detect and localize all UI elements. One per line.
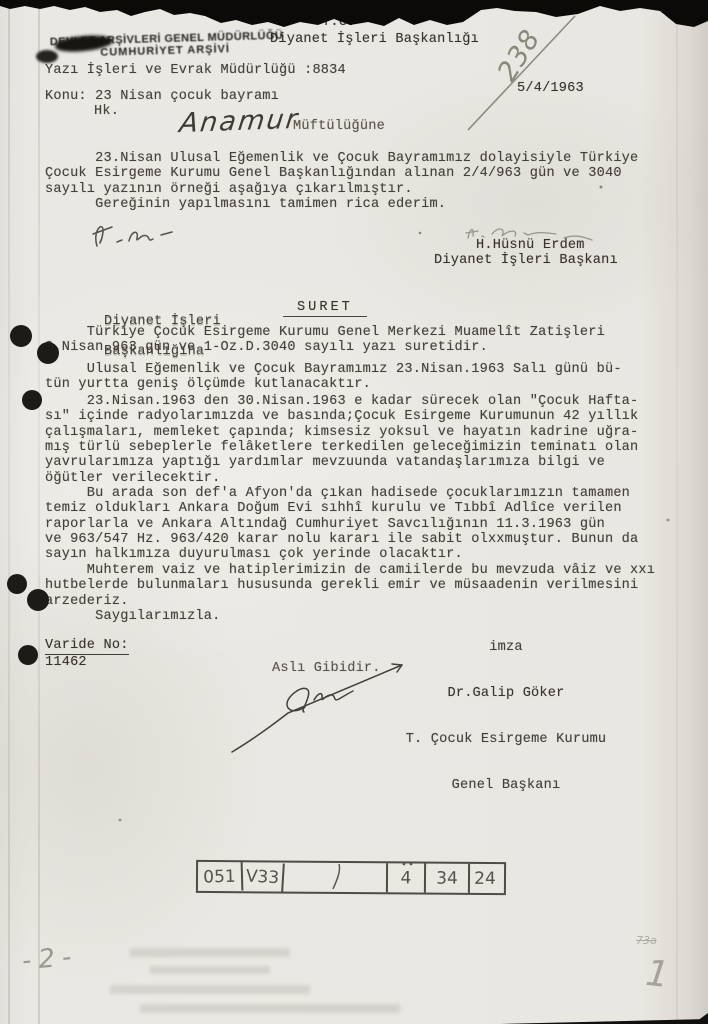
- bleed-through-text: [130, 948, 290, 957]
- page-number-pencil-left: -2-: [21, 942, 80, 977]
- pencil-note-small: 73a: [636, 934, 657, 947]
- stamp-box-cell-5: 34: [426, 864, 470, 893]
- signer-name: H.Hüsnü Erdem: [476, 238, 585, 253]
- suret-heading: SURET: [283, 300, 367, 315]
- addressee-typed: Müftülüğüne: [293, 119, 385, 134]
- copy-signer-title: Genel Başkanı: [375, 778, 637, 793]
- stamp-box-cell-3: [284, 863, 388, 893]
- paper-speck: [667, 519, 670, 522]
- salute-line: Saygılarımızla.: [45, 609, 221, 624]
- copy-paragraph-1: Türkiye Çocuk Esirgeme Kurumu Genel Merk…: [45, 325, 605, 356]
- punch-hole: [10, 325, 32, 347]
- varide-label: Varide No:: [45, 638, 129, 653]
- document-date: 5/4/1963: [517, 81, 584, 96]
- paper-crease-left2: [38, 0, 40, 1024]
- subject-continuation: Hk.: [94, 104, 119, 119]
- paper-speck: [419, 232, 422, 235]
- punch-hole: [18, 645, 38, 665]
- tc-heading: T.C.: [322, 15, 355, 30]
- bleed-through-text: [150, 966, 270, 974]
- paper-speck: [119, 819, 122, 822]
- bleed-through-text: [140, 1004, 400, 1013]
- handwritten-folio-number: 238: [492, 24, 547, 87]
- classification-stamp-box: 051 V33 4 34 24: [196, 860, 506, 895]
- department-line: Yazı İşleri ve Evrak Müdürlüğü :8834: [45, 63, 346, 78]
- subject-line: Konu: 23 Nisan çocuk bayramı: [45, 89, 279, 104]
- stamp-box-cell-6: 24: [470, 864, 500, 893]
- copy-signature-block: imza Dr.Galip Göker T. Çocuk Esirgeme Ku…: [375, 609, 637, 824]
- certify-line: Aslı Gibidir.: [272, 661, 381, 676]
- copy-signer-org: T. Çocuk Esirgeme Kurumu: [375, 732, 637, 747]
- signer-title: Diyanet İşleri Başkanı: [434, 253, 618, 268]
- copy-paragraph-5: Muhterem vaiz ve hatiplerimizin de camii…: [45, 563, 655, 609]
- addressee-handwritten: Anamur: [178, 104, 301, 139]
- stamp-box-cell-4: 4: [388, 863, 426, 892]
- page-number-pencil-right: 1: [644, 953, 672, 996]
- letter-body: 23.Nisan Ulusal Eğemenlik ve Çocuk Bayra…: [45, 151, 638, 212]
- copy-signer-name: Dr.Galip Göker: [375, 686, 637, 701]
- imza-label: imza: [375, 640, 637, 655]
- varide-number: 11462: [45, 655, 87, 670]
- copy-paragraph-3: 23.Nisan.1963 den 30.Nisan.1963 e kadar …: [45, 394, 638, 486]
- stamp-box-cell-2: V33: [242, 861, 285, 892]
- stamp-box-cell-1: 051: [198, 861, 244, 891]
- paper-crease-left: [8, 0, 10, 1024]
- paper-crease-right: [676, 0, 678, 1024]
- copy-paragraph-2: Ulusal Eğemenlik ve Çocuk Bayramımız 23.…: [45, 362, 622, 393]
- org-name: Diyanet İşleri Başkanlığı: [270, 32, 479, 47]
- handwritten-paraph-left: [93, 227, 172, 246]
- copy-paragraph-4: Bu arada son def'a Afyon'da çıkan hadise…: [45, 486, 638, 563]
- punch-hole: [7, 574, 27, 594]
- scanned-document-page: T.C. Diyanet İşleri Başkanlığı DEVLET AR…: [0, 0, 708, 1024]
- ink-smudge-small: [36, 50, 58, 63]
- bleed-through-text: [110, 985, 310, 994]
